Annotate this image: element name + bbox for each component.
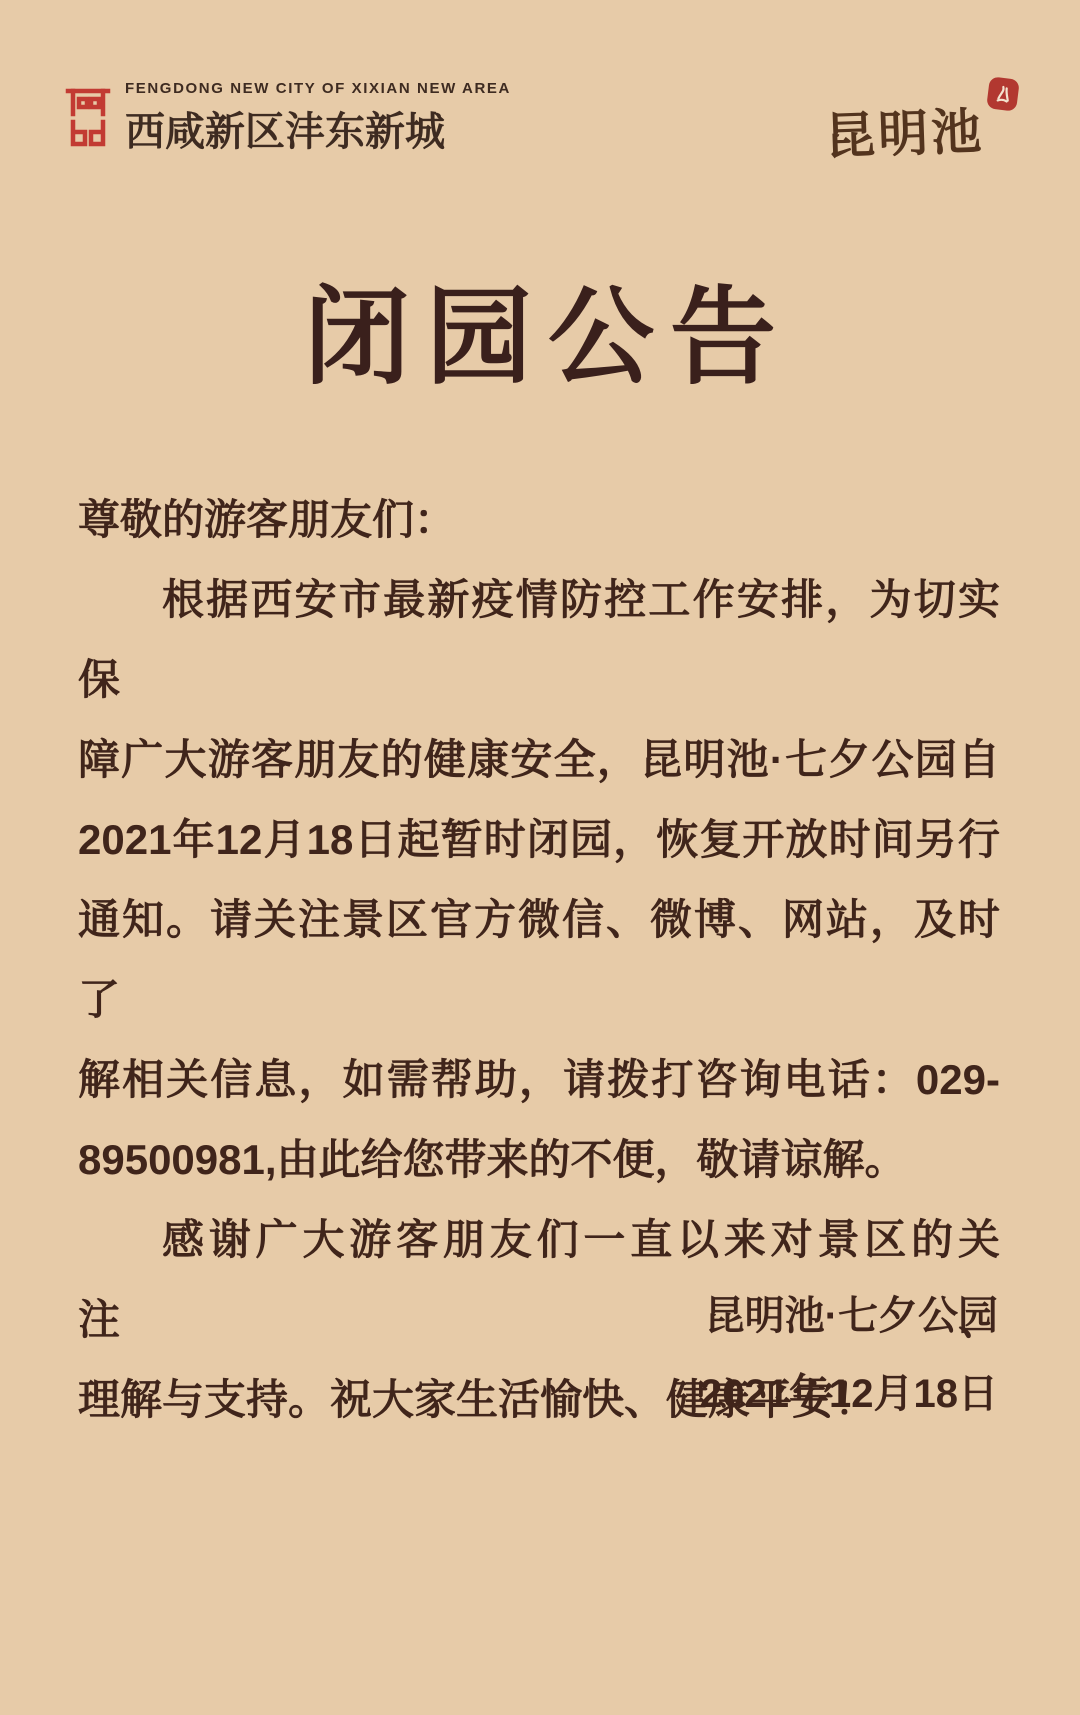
notice-line: 解相关信息，如需帮助，请拨打咨询电话：029- — [78, 1040, 1000, 1120]
notice-line: 根据西安市最新疫情防控工作安排，为切实保 — [78, 560, 1000, 720]
closure-notice-poster: FENGDONG NEW CITY OF XIXIAN NEW AREA 西咸新… — [0, 0, 1080, 1715]
signature-block: 昆明池·七夕公园 2021年12月18日 — [700, 1277, 998, 1433]
kunming-lake-calligraphy: 昆明池 — [824, 91, 985, 169]
xixian-seal-icon — [64, 86, 112, 150]
notice-line: 2021年12月18日起暂时闭园，恢复开放时间另行 — [78, 800, 1000, 880]
signature-name: 昆明池·七夕公园 — [700, 1277, 998, 1355]
notice-line: 障广大游客朋友的健康安全，昆明池·七夕公园自 — [78, 720, 1000, 800]
notice-line: 尊敬的游客朋友们： — [78, 480, 1000, 560]
notice-line: 通知。请关注景区官方微信、微博、网站，及时了 — [78, 880, 1000, 1040]
notice-title: 闭园公告 — [0, 282, 1080, 394]
calligraphy-stamp-icon — [986, 76, 1020, 111]
kunming-lake-brand: 昆明池 — [825, 94, 1018, 166]
signature-date: 2021年12月18日 — [700, 1355, 998, 1433]
fengdong-brand-text: FENGDONG NEW CITY OF XIXIAN NEW AREA 西咸新… — [125, 80, 511, 157]
brand-english-caption: FENGDONG NEW CITY OF XIXIAN NEW AREA — [125, 80, 511, 97]
notice-line: 89500981,由此给您带来的不便，敬请谅解。 — [78, 1120, 1000, 1200]
fengdong-brand: FENGDONG NEW CITY OF XIXIAN NEW AREA 西咸新… — [64, 80, 511, 157]
poster-header: FENGDONG NEW CITY OF XIXIAN NEW AREA 西咸新… — [64, 80, 1018, 166]
brand-chinese-name: 西咸新区沣东新城 — [125, 100, 511, 157]
